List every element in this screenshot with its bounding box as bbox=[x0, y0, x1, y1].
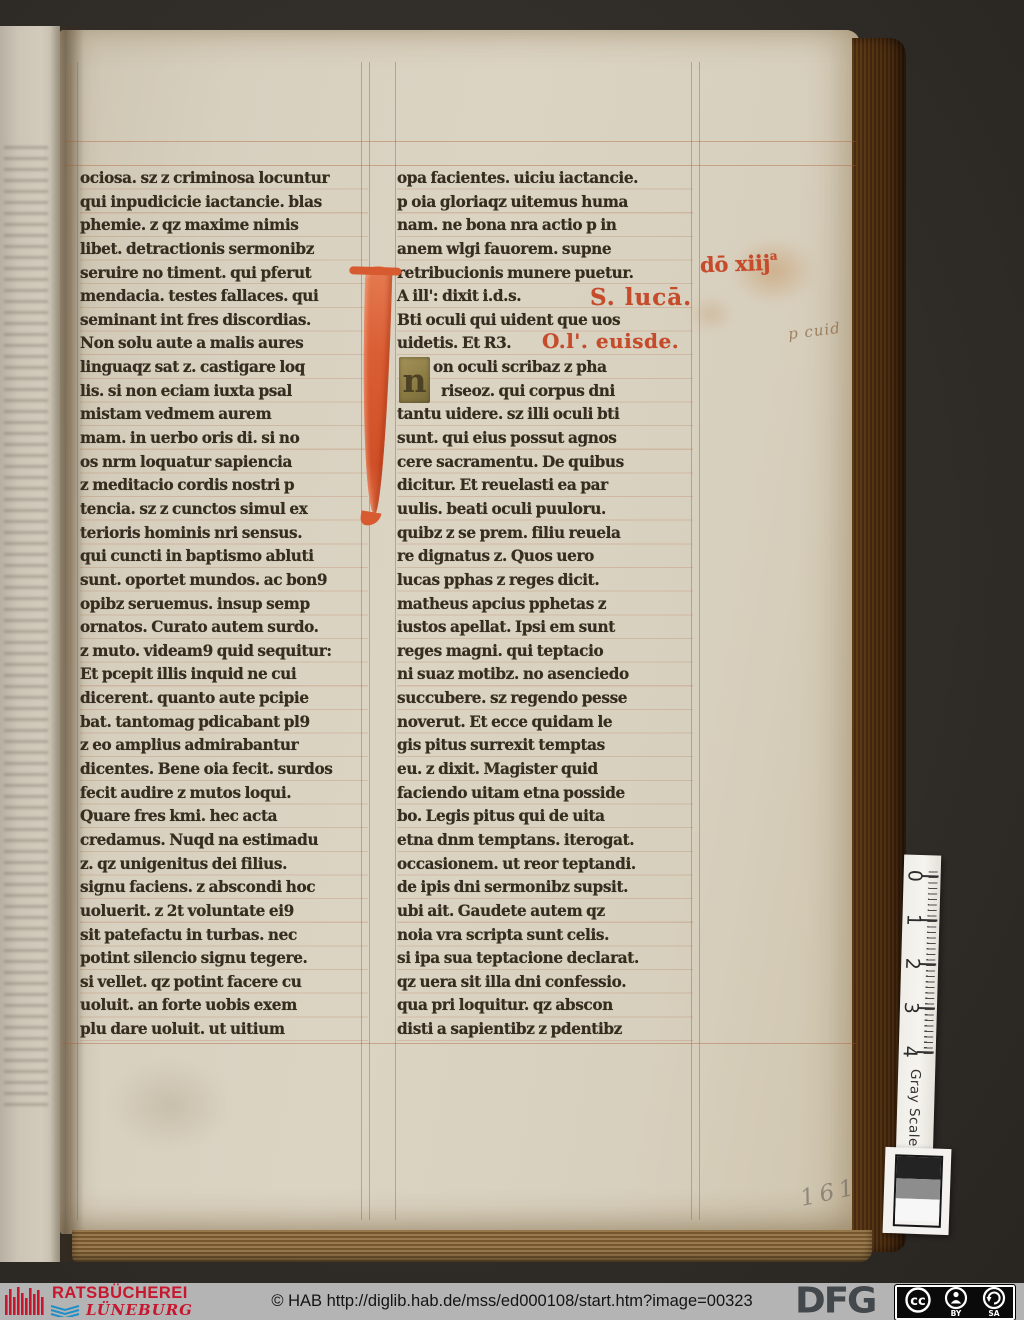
gray-scale-card bbox=[883, 1147, 952, 1235]
manuscript-text-line: eu. z dixit. Magister quid bbox=[397, 757, 693, 782]
cc-by-sa-icons: cc BY SA bbox=[895, 1285, 1013, 1318]
rubric-evangelist: O.l'. euisde. bbox=[542, 329, 679, 353]
manuscript-text-line: bo. Legis pitus qui de uita bbox=[397, 804, 693, 829]
manuscript-text-line: z. qz unigenitus dei filius. bbox=[80, 852, 368, 877]
text-column-left: ociosa. sz z criminosa locunturqui inpud… bbox=[80, 166, 368, 1042]
manuscript-text-line: plu dare uoluit. ut uitium bbox=[80, 1017, 368, 1042]
manuscript-text-line: lis. si non eciam iuxta psal bbox=[80, 379, 368, 404]
manuscript-text-line: qua pri loquitur. qz abscon bbox=[397, 993, 693, 1018]
digitized-manuscript-photo: ociosa. sz z criminosa locunturqui inpud… bbox=[0, 0, 1024, 1320]
manuscript-text-line: qz uera sit illa dni confessio. bbox=[397, 970, 693, 995]
manuscript-text-line: uoluit. an forte uobis exem bbox=[80, 993, 368, 1018]
manuscript-text-line: Et pcepit illis inquid ne cui bbox=[80, 662, 368, 687]
manuscript-text-line: noverut. Et ecce quidam le bbox=[397, 710, 693, 735]
rubric-margin-text: dō xiij bbox=[700, 250, 771, 277]
manuscript-text-line: re dignatus z. Quos uero bbox=[397, 544, 693, 569]
manuscript-text-line: sit patefactu in turbas. nec bbox=[80, 923, 368, 948]
manuscript-text-line: os nrm loquatur sapiencia bbox=[80, 450, 368, 475]
manuscript-text-line: quibz z se prem. filiu reuela bbox=[397, 521, 693, 546]
manuscript-text-line: qui cuncti in baptismo abluti bbox=[80, 544, 368, 569]
manuscript-text-line: ociosa. sz z criminosa locuntur bbox=[80, 166, 368, 191]
manuscript-text-line: faciendo uitam etna posside bbox=[397, 781, 693, 806]
manuscript-text-line: mam. in uerbo oris di. si no bbox=[80, 426, 368, 451]
manuscript-text-line: p oia gloriaqz uitemus huma bbox=[397, 190, 693, 215]
manuscript-text-line: noia vra scripta sunt celis. bbox=[397, 923, 693, 948]
dfg-logo: DFG bbox=[795, 1280, 875, 1320]
manuscript-text-line: de ipis dni sermonibz supsit. bbox=[397, 875, 693, 900]
manuscript-text-line: occasionem. ut reor teptandi. bbox=[397, 852, 693, 877]
manuscript-text-line: bat. tantomag pdicabant pl9 bbox=[80, 710, 368, 735]
manuscript-text-line: ubi ait. Gaudete autem qz bbox=[397, 899, 693, 924]
ruler-number: 4 bbox=[898, 1043, 920, 1060]
manuscript-text-line: dicitur. Et reuelasti ea par bbox=[397, 473, 693, 498]
ruling-line bbox=[395, 62, 396, 1220]
manuscript-text-line: si ipa sua teptacione declarat. bbox=[397, 946, 693, 971]
ruling-line bbox=[77, 62, 78, 1220]
manuscript-text-line: dicerent. quanto aute pcipie bbox=[80, 686, 368, 711]
ruler-number: 2 bbox=[901, 956, 923, 973]
rubric-margin-lection: dō xiija bbox=[700, 249, 778, 278]
calibration-ruler: 0 1 2 3 4 Gray Scale bbox=[896, 855, 941, 1158]
patch-white bbox=[895, 1198, 940, 1222]
gutter-shadow bbox=[50, 26, 84, 1262]
footer-bar: RATSBÜCHEREI LÜNEBURG © HAB http://digli… bbox=[0, 1283, 1024, 1320]
manuscript-text-line: dicentes. Bene oia fecit. surdos bbox=[80, 757, 368, 782]
manuscript-text-line: libet. detractionis sermonibz bbox=[80, 237, 368, 262]
manuscript-text-line: matheus apcius pphetas z bbox=[397, 592, 693, 617]
manuscript-text-line: z muto. videam9 quid sequitur: bbox=[80, 639, 368, 664]
manuscript-text-line: etna dnm temptans. iterogat. bbox=[397, 828, 693, 853]
manuscript-text-line: ni suaz motibz. no asenciedo bbox=[397, 662, 693, 687]
patch-black bbox=[896, 1156, 941, 1180]
manuscript-text-line: on oculi scribaz z pha bbox=[397, 355, 693, 380]
ruling-line bbox=[62, 141, 856, 142]
rubric-saint-luke: S. lucā. bbox=[590, 284, 692, 311]
manuscript-text-line: uoluerit. z 2t voluntate ei9 bbox=[80, 899, 368, 924]
ruler-number: 1 bbox=[902, 912, 924, 929]
manuscript-text-line: z meditacio cordis nostri p bbox=[80, 473, 368, 498]
manuscript-text-line: mistam vedmem aurem bbox=[80, 402, 368, 427]
manuscript-text-line: retribucionis munere puetur. bbox=[397, 261, 693, 286]
manuscript-text-line: tencia. sz z cunctos simul ex bbox=[80, 497, 368, 522]
manuscript-text-line: sunt. oportet mundos. ac bon9 bbox=[80, 568, 368, 593]
manuscript-text-line: Non solu aute a malis aures bbox=[80, 331, 368, 356]
manuscript-text-line: opibz seruemus. insup semp bbox=[80, 592, 368, 617]
manuscript-text-line: gis pitus surrexit temptas bbox=[397, 733, 693, 758]
manuscript-text-line: tantu uidere. sz illi oculi bti bbox=[397, 402, 693, 427]
ruler-number: 3 bbox=[900, 999, 922, 1016]
by-person-icon bbox=[946, 1288, 966, 1308]
manuscript-text-line: lucas pphas z reges dicit. bbox=[397, 568, 693, 593]
rubric-margin-superscript: a bbox=[770, 249, 778, 263]
manuscript-text-line: succubere. sz regendo pesse bbox=[397, 686, 693, 711]
manuscript-text-line: seruire no timent. qui pferut bbox=[80, 261, 368, 286]
manuscript-text-line: mendacia. testes fallaces. qui bbox=[80, 284, 368, 309]
gray-scale-label: Gray Scale bbox=[905, 1069, 923, 1147]
manuscript-text-line: disti a sapientibz z pdentibz bbox=[397, 1017, 693, 1042]
manuscript-text-line: uulis. beati oculi puuloru. bbox=[397, 497, 693, 522]
manuscript-text-line: seminant int fres discordias. bbox=[80, 308, 368, 333]
gray-scale-patch bbox=[893, 1154, 943, 1228]
manuscript-text-line: fecit audire z mutos loqui. bbox=[80, 781, 368, 806]
patch-gray bbox=[896, 1178, 941, 1200]
facing-page-text-ghost bbox=[4, 146, 48, 1106]
ruling-line bbox=[70, 62, 71, 1220]
manuscript-text-line: linguaqz sat z. castigare loq bbox=[80, 355, 368, 380]
manuscript-text-line: z eo amplius admirabantur bbox=[80, 733, 368, 758]
manuscript-text-line: qui inpudicicie iactancie. blas bbox=[80, 190, 368, 215]
illuminated-initial-n: n bbox=[399, 357, 430, 403]
manuscript-text-line: Quare fres kmi. hec acta bbox=[80, 804, 368, 829]
manuscript-text-line: ornatos. Curato autem surdo. bbox=[80, 615, 368, 640]
svg-text:cc: cc bbox=[910, 1294, 925, 1309]
manuscript-text-line: sunt. qui eius possut agnos bbox=[397, 426, 693, 451]
manuscript-text-line: si vellet. qz potint facere cu bbox=[80, 970, 368, 995]
ruling-line bbox=[369, 62, 370, 1220]
manuscript-text-line: iustos apellat. Ipsi em sunt bbox=[397, 615, 693, 640]
manuscript-text-line: potint silencio signu tegere. bbox=[80, 946, 368, 971]
sa-label: SA bbox=[988, 1309, 999, 1318]
manuscript-text-line: anem wlgi fauorem. supne bbox=[397, 237, 693, 262]
cc-license-badge: cc BY SA bbox=[894, 1284, 1016, 1320]
manuscript-text-line: cere sacramentu. De quibus bbox=[397, 450, 693, 475]
manuscript-text-line: terioris hominis nri sensus. bbox=[80, 521, 368, 546]
manuscript-text-line: riseoz. qui corpus dni bbox=[397, 379, 693, 404]
manuscript-text-line: nam. ne bona nra actio p in bbox=[397, 213, 693, 238]
ruling-line bbox=[62, 1043, 856, 1044]
by-label: BY bbox=[951, 1309, 962, 1318]
manuscript-text-line: opa facientes. uiciu iactancie. bbox=[397, 166, 693, 191]
ruling-line bbox=[699, 62, 700, 1220]
manuscript-text-line: reges magni. qui teptacio bbox=[397, 639, 693, 664]
manuscript-text-line: phemie. z qz maxime nimis bbox=[80, 213, 368, 238]
ruler-number: 0 bbox=[903, 868, 925, 885]
manuscript-text-line: credamus. Nuqd na estimadu bbox=[80, 828, 368, 853]
book-bottom-edge bbox=[72, 1230, 872, 1262]
manuscript-text-line: signu faciens. z abscondi hoc bbox=[80, 875, 368, 900]
